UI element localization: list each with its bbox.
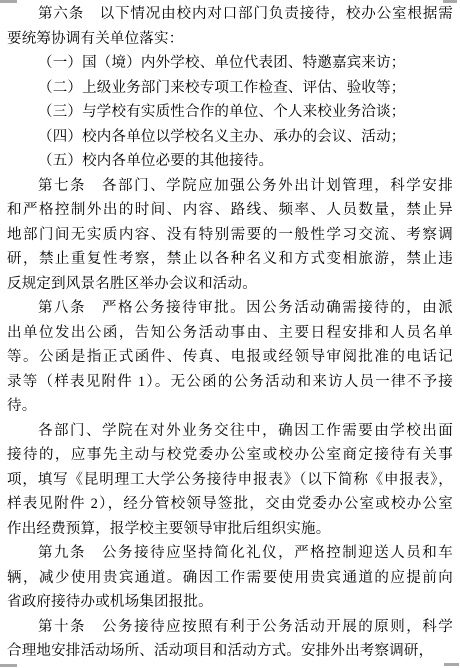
text-line: 作出经费预算，报学校主要领导审批后组织实施。 (7, 517, 453, 542)
text-line: 录等（样表见附件 1）。无公函的公务活动和来访人员一律不予接 (7, 370, 453, 395)
article-8: 第八条 严格公务接待审批。因公务活动确需接待的，由派出单位发出公函，告知公务活动… (7, 296, 453, 419)
text-line: 项，填写《昆明理工大学公务接待申报表》（以下简称《申报表》， (7, 468, 453, 493)
article-6-item-5: （五）校内各单位必要的其他接待。 (7, 149, 453, 174)
text-line: 辆，减少使用贵宾通道。确因工作需要使用贵宾通道的应提前向 (7, 566, 453, 591)
text-line: （五）校内各单位必要的其他接待。 (7, 149, 453, 174)
article-6: 第六条 以下情况由校内对口部门负责接待，校办公室根据需要统筹协调有关单位落实： (7, 2, 453, 51)
text-line: 省政府接待办或机场集团报批。 (7, 590, 453, 615)
text-line: 合理地安排活动场所、活动项目和活动方式。安排外出考察调研， (7, 639, 453, 664)
text-line: 第八条 严格公务接待审批。因公务活动确需接待的，由派 (7, 296, 453, 321)
text-line: 和严格控制外出的时间、内容、路线、频率、人员数量，禁止异 (7, 198, 453, 223)
text-line: 研，禁止重复性考察，禁止以各种名义和方式变相旅游，禁止违 (7, 247, 453, 272)
article-6-item-4: （四）校内各单位以学校名义主办、承办的会议、活动； (7, 125, 453, 150)
article-6-item-2: （二）上级业务部门来校专项工作检查、评估、验收等； (7, 76, 453, 101)
text-line: 待。 (7, 394, 453, 419)
text-line: 第九条 公务接待应坚持简化礼仪，严格控制迎送人员和车 (7, 541, 453, 566)
article-9: 第九条 公务接待应坚持简化礼仪，严格控制迎送人员和车辆，减少使用贵宾通道。确因工… (7, 541, 453, 615)
text-line: 各部门、学院在对外业务交往中，确因工作需要由学校出面 (7, 419, 453, 444)
text-line: 接待的，应事先主动与校党委办公室或校办公室商定接待有关事 (7, 443, 453, 468)
text-line: 地部门间无实质内容、没有特别需要的一般性学习交流、考察调 (7, 223, 453, 248)
text-line: 出单位发出公函，告知公务活动事由、主要日程安排和人员名单 (7, 321, 453, 346)
text-line: （一）国（境）内外学校、单位代表团、特邀嘉宾来访； (7, 51, 453, 76)
article-7: 第七条 各部门、学院应加强公务外出计划管理，科学安排和严格控制外出的时间、内容、… (7, 174, 453, 297)
text-line: 反规定到风景名胜区举办会议和活动。 (7, 272, 453, 297)
article-6-item-1: （一）国（境）内外学校、单位代表团、特邀嘉宾来访； (7, 51, 453, 76)
text-line: 等。公函是指正式函件、传真、电报或经领导审阅批准的电话记 (7, 345, 453, 370)
article-10: 第十条 公务接待应按照有利于公务活动开展的原则，科学合理地安排活动场所、活动项目… (7, 615, 453, 664)
text-line: 要统筹协调有关单位落实： (7, 27, 453, 52)
text-line: （三）与学校有实质性合作的单位、个人来校业务洽谈； (7, 100, 453, 125)
text-line: 第七条 各部门、学院应加强公务外出计划管理，科学安排 (7, 174, 453, 199)
text-line: （四）校内各单位以学校名义主办、承办的会议、活动； (7, 125, 453, 150)
text-line: 第十条 公务接待应按照有利于公务活动开展的原则，科学 (7, 615, 453, 640)
article-6-item-3: （三）与学校有实质性合作的单位、个人来校业务洽谈； (7, 100, 453, 125)
document-body: 第六条 以下情况由校内对口部门负责接待，校办公室根据需要统筹协调有关单位落实：（… (7, 2, 453, 664)
text-line: （二）上级业务部门来校专项工作检查、评估、验收等； (7, 76, 453, 101)
corner-mark-bottom-left (0, 664, 17, 667)
text-line: 第六条 以下情况由校内对口部门负责接待，校办公室根据需 (7, 2, 453, 27)
article-8-paragraph-2: 各部门、学院在对外业务交往中，确因工作需要由学校出面接待的，应事先主动与校党委办… (7, 419, 453, 542)
text-line: 样表见附件 2），经分管校领导签批，交由党委办公室或校办公室 (7, 492, 453, 517)
